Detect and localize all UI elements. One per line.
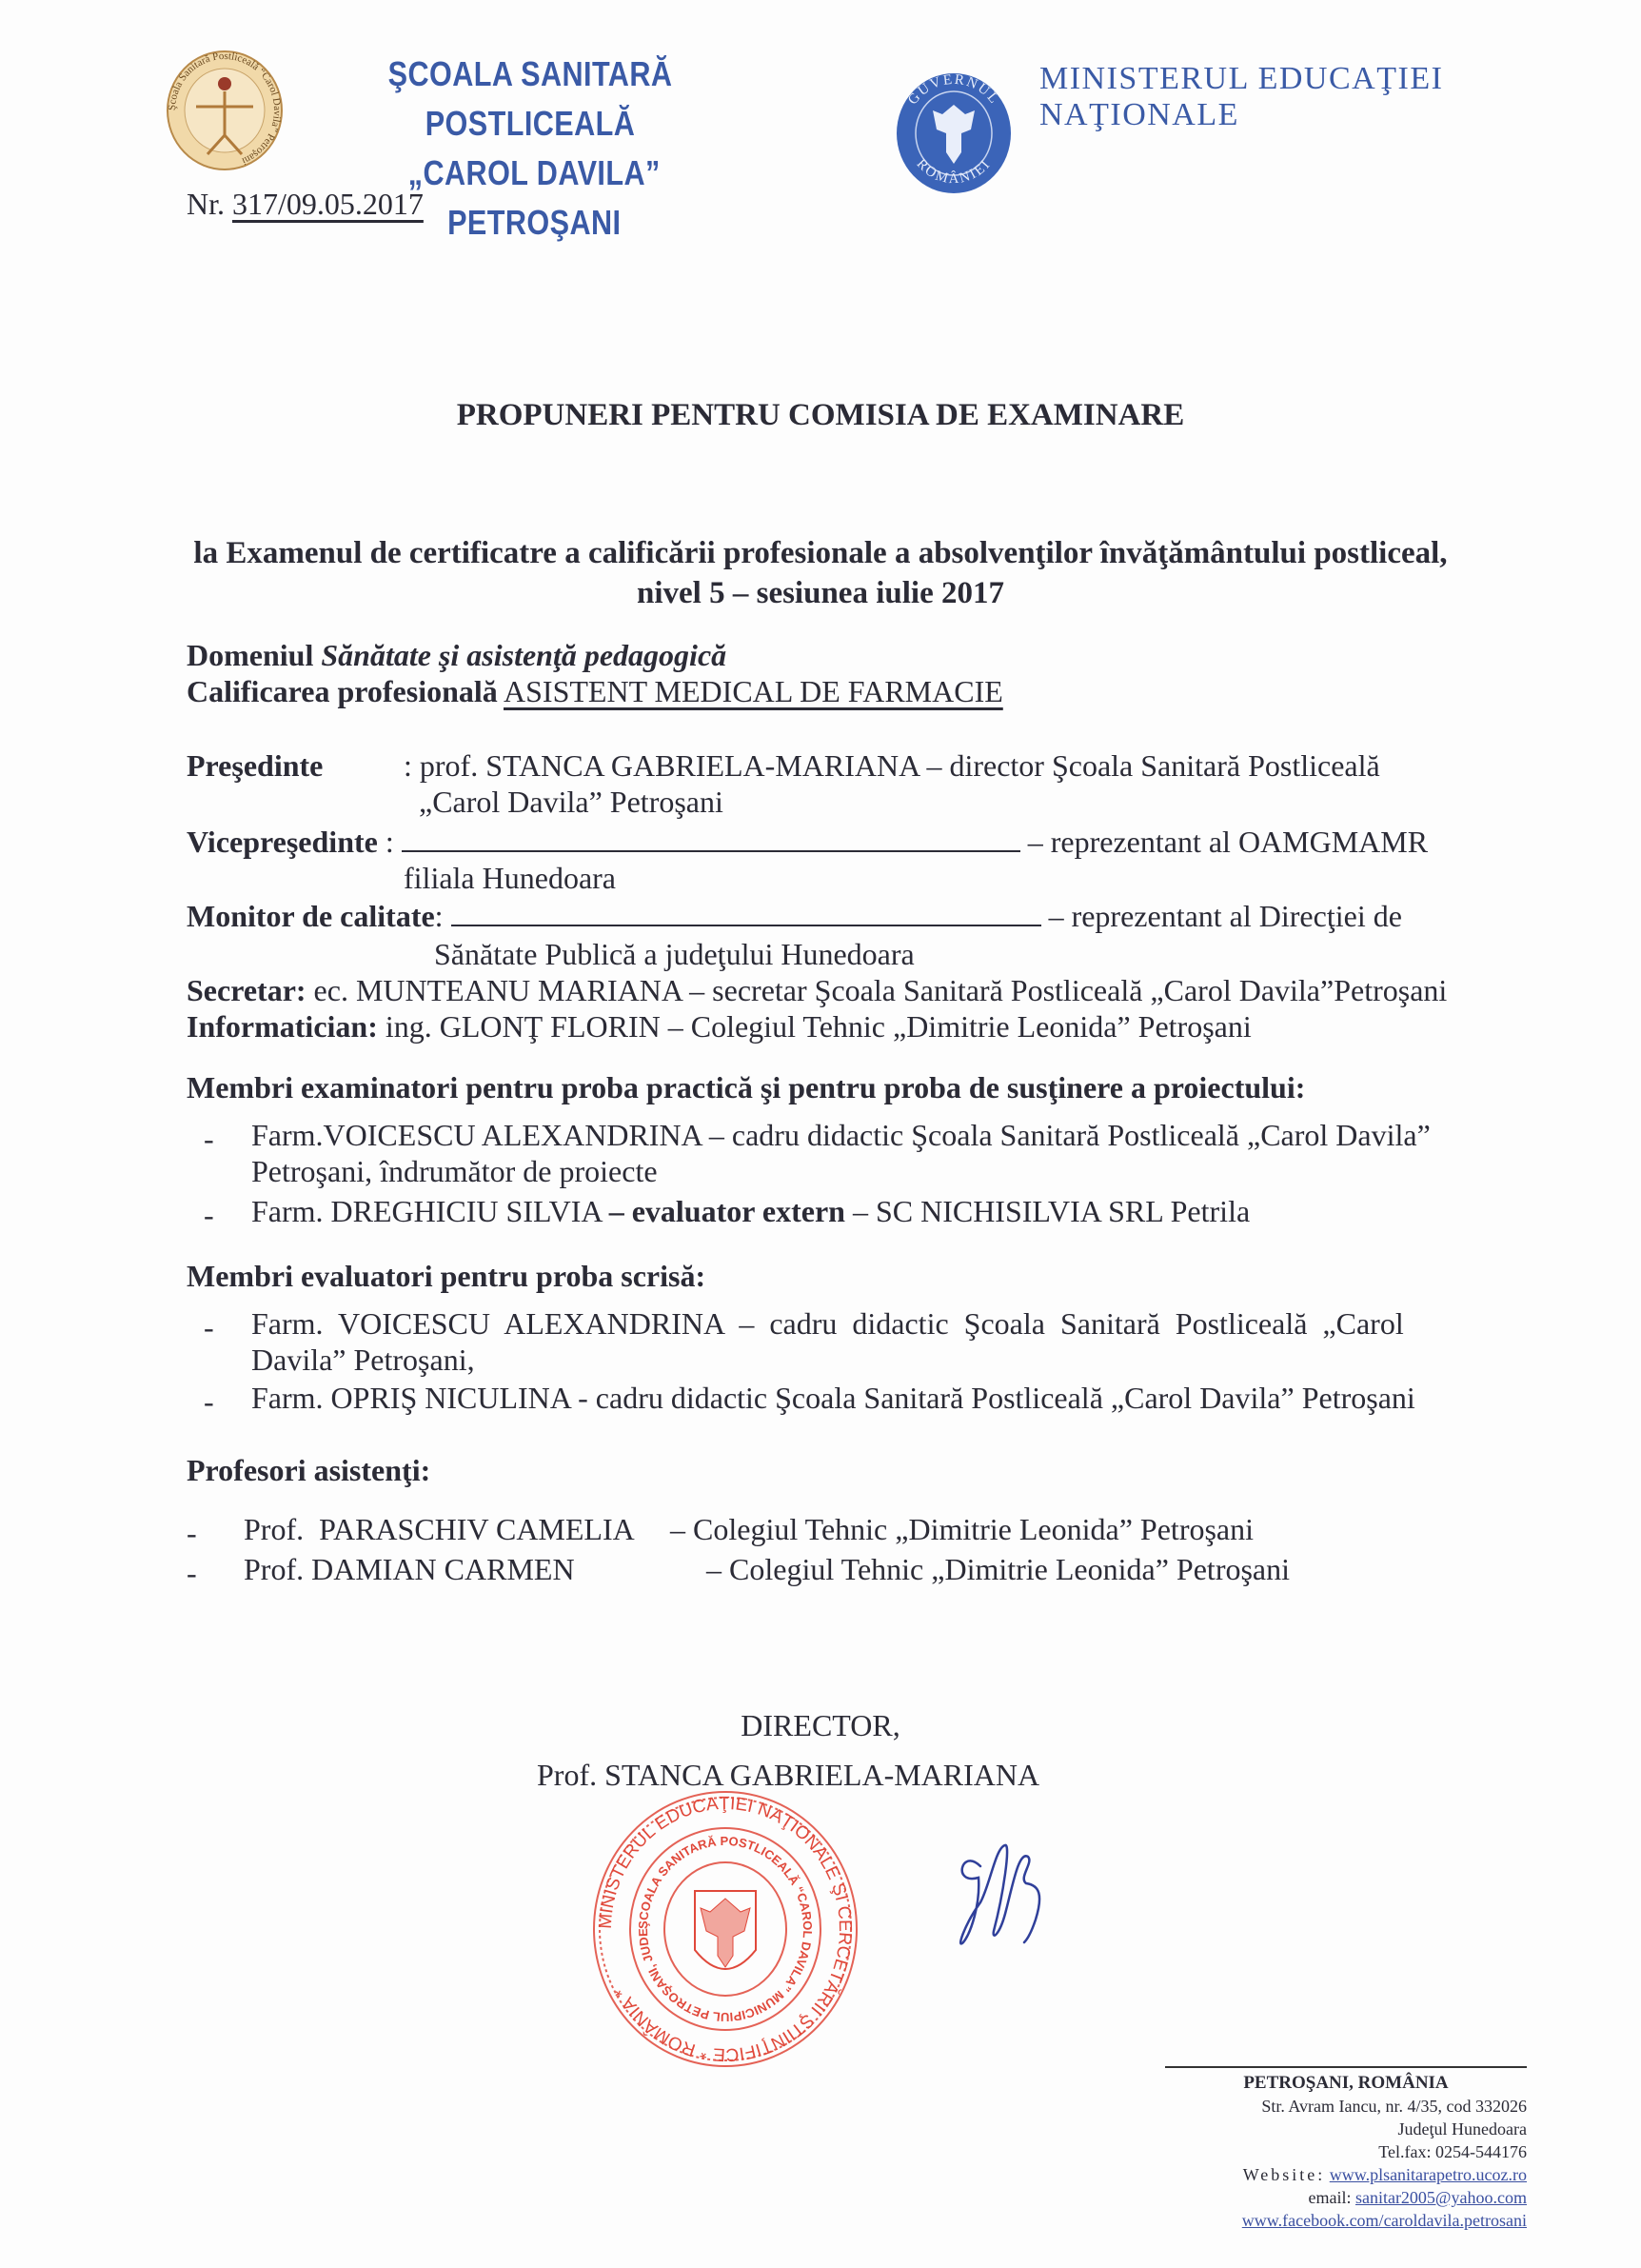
vice-president-blank: [402, 826, 1020, 852]
bullet: -: [204, 1310, 214, 1345]
assistant-teachers-heading: Profesori asistenţi:: [187, 1453, 430, 1488]
signature-title: DIRECTOR,: [0, 1708, 1641, 1743]
school-name-line1: ŞCOALA SANITARĂ POSTLICEALĂ: [320, 50, 741, 149]
school-logo-icon: Şcoala Sanitară Postliceală “Carol Davil…: [164, 50, 286, 171]
footer-facebook-line: www.facebook.com/caroldavila.petrosani: [1127, 2209, 1527, 2232]
assistant-teacher-2-affiliation: – Colegiul Tehnic „Dimitrie Leonida” Pet…: [706, 1552, 1290, 1587]
government-seal-icon: GUVERNUL ROMÂNIEI: [893, 72, 1015, 194]
quality-monitor-line: Monitor de calitate: – reprezentant al D…: [187, 899, 1402, 934]
written-evaluator-1: Farm. VOICESCU ALEXANDRINA – cadru didac…: [251, 1306, 1404, 1342]
vice-president-line: Vicepreşedinte : – reprezentant al OAMGM…: [187, 825, 1428, 860]
assistant-teacher-2-name: Prof. DAMIAN CARMEN: [244, 1552, 575, 1587]
domain-line: Domeniul Sănătate şi asistenţă pedagogic…: [187, 638, 726, 673]
document-title: PROPUNERI PENTRU COMISIA DE EXAMINARE: [0, 398, 1641, 433]
bullet: -: [187, 1556, 197, 1591]
official-stamp-icon: MINISTERUL EDUCAŢIEI NAŢIONALE ŞI CERCET…: [583, 1786, 868, 2072]
document-subtitle: la Examenul de certificatre a calificări…: [0, 533, 1641, 613]
qualification-line: Calificarea profesională ASISTENT MEDICA…: [187, 674, 1003, 709]
bullet: -: [204, 1122, 214, 1157]
document-number-value: 317/09.05.2017: [232, 187, 424, 221]
footer-email-line: email: sanitar2005@yahoo.com: [1127, 2186, 1527, 2209]
handwritten-signature-icon: [952, 1828, 1066, 1952]
ministry-name: MINISTERUL EDUCAŢIEI NAŢIONALE: [1039, 61, 1641, 133]
president-text: : prof. STANCA GABRIELA-MARIANA – direct…: [404, 748, 1380, 784]
footer-county: Judeţul Hunedoara: [1127, 2118, 1527, 2140]
practical-examiner-1-cont: Petroşani, îndrumător de proiecte: [251, 1154, 658, 1189]
secretary-line: Secretar: ec. MUNTEANU MARIANA – secreta…: [187, 973, 1447, 1008]
written-evaluators-heading: Membri evaluatori pentru proba scrisă:: [187, 1259, 705, 1294]
practical-examiner-1: Farm.VOICESCU ALEXANDRINA – cadru didact…: [251, 1118, 1431, 1153]
footer-website-line: Website: www.plsanitarapetro.ucoz.ro: [1127, 2163, 1527, 2186]
president-text-2: „Carol Davila” Petroşani: [419, 785, 723, 820]
assistant-teacher-1-name: Prof. PARASCHIV CAMELIA: [244, 1512, 635, 1547]
footer-rule: [1165, 2066, 1527, 2068]
bullet: -: [204, 1384, 214, 1420]
footer-contact: PETROŞANI, ROMÂNIA Str. Avram Iancu, nr.…: [1127, 2066, 1527, 2232]
bullet: -: [187, 1516, 197, 1551]
qualification-value: ASISTENT MEDICAL DE FARMACIE: [504, 674, 1003, 708]
footer-city: PETROŞANI, ROMÂNIA: [1127, 2072, 1527, 2095]
email-link[interactable]: sanitar2005@yahoo.com: [1355, 2188, 1527, 2207]
website-link[interactable]: www.plsanitarapetro.ucoz.ro: [1330, 2165, 1527, 2184]
bullet: -: [204, 1198, 214, 1233]
president-label: Preşedinte: [187, 748, 323, 784]
practical-examiners-heading: Membri examinatori pentru proba practică…: [187, 1070, 1305, 1105]
assistant-teacher-1-affiliation: – Colegiul Tehnic „Dimitrie Leonida” Pet…: [670, 1512, 1254, 1547]
facebook-link[interactable]: www.facebook.com/caroldavila.petrosani: [1242, 2211, 1527, 2230]
written-evaluator-1-cont: Davila” Petroşani,: [251, 1343, 475, 1378]
vice-president-text-2: filiala Hunedoara: [404, 861, 616, 896]
document-number: Nr. 317/09.05.2017: [187, 187, 424, 222]
written-evaluator-2: Farm. OPRIŞ NICULINA - cadru didactic Şc…: [251, 1381, 1415, 1416]
quality-monitor-blank: [451, 900, 1041, 926]
practical-examiner-2: Farm. DREGHICIU SILVIA – evaluator exter…: [251, 1194, 1250, 1229]
quality-monitor-text-2: Sănătate Publică a judeţului Hunedoara: [434, 937, 915, 972]
it-specialist-line: Informatician: ing. GLONŢ FLORIN – Coleg…: [187, 1009, 1252, 1044]
footer-phone: Tel.fax: 0254-544176: [1127, 2140, 1527, 2163]
footer-address: Str. Avram Iancu, nr. 4/35, cod 332026: [1127, 2095, 1527, 2118]
domain-value: Sănătate şi asistenţă pedagogică: [321, 638, 726, 672]
